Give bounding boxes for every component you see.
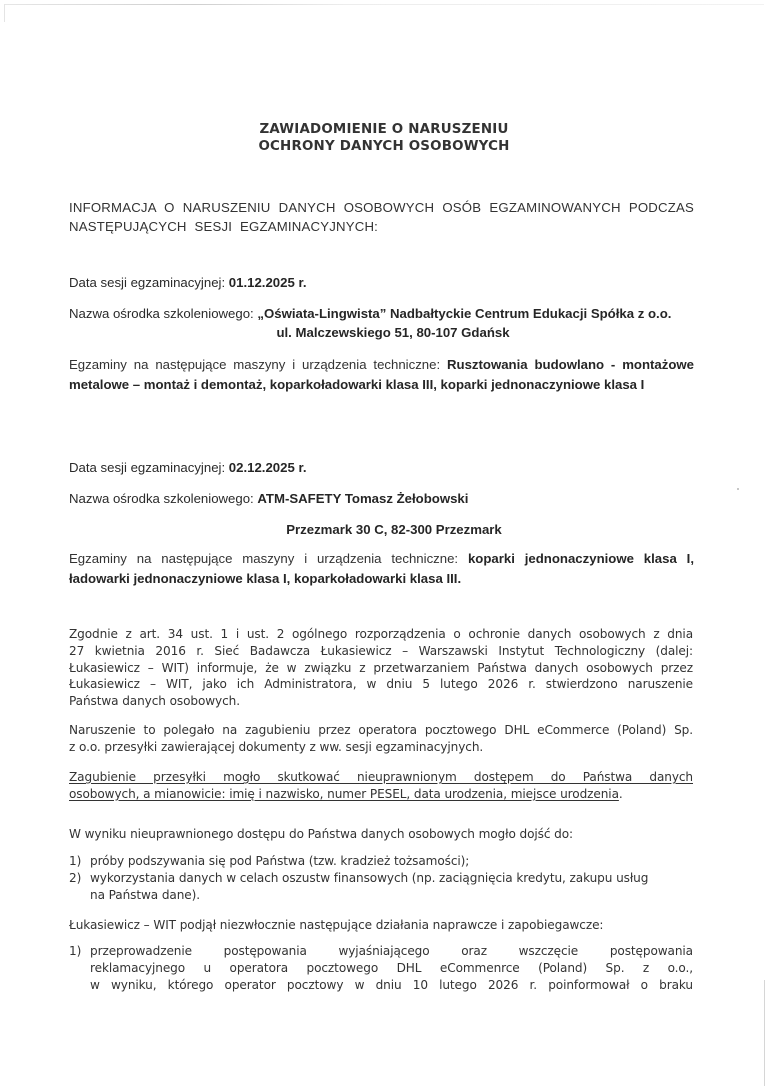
session-1-center-name: „Oświata-Lingwista” Nadbałtyckie Centrum… — [257, 306, 671, 321]
session-2-date: Data sesji egzaminacyjnej: 02.12.2025 r. — [69, 459, 307, 477]
session-1-date-value: 01.12.2025 r. — [229, 275, 307, 290]
session-2-center-label: Nazwa ośrodka szkoleniowego: — [69, 491, 257, 506]
affected-data-line-2: osobowych, a mianowicie: imię i nazwisko… — [69, 787, 619, 801]
session-2-center-name: ATM-SAFETY Tomasz Żełobowski — [257, 491, 468, 506]
scan-edge-top — [4, 4, 764, 5]
scan-edge-left — [4, 4, 5, 22]
session-2-exams-label: Egzaminy na następujące maszyny i urządz… — [69, 551, 468, 566]
consequence-item-1-text: próby podszywania się pod Państwa (tzw. … — [90, 853, 693, 870]
session-1-exams-label: Egzaminy na następujące maszyny i urządz… — [69, 357, 447, 372]
session-1-exams: Egzaminy na następujące maszyny i urządz… — [69, 355, 694, 395]
session-2-exams-line-2: ładowarki jednonaczyniowe klasa I, kopar… — [69, 569, 694, 589]
consequence-item-1: 1) próby podszywania się pod Państwa (tz… — [69, 853, 693, 870]
document-title: ZAWIADOMIENIE O NARUSZENIU OCHRONY DANYC… — [0, 121, 768, 155]
breach-line-1: Naruszenie to polegało na zagubieniu prz… — [69, 722, 693, 739]
session-2-center: Nazwa ośrodka szkoleniowego: ATM-SAFETY … — [69, 490, 468, 508]
title-line-2: OCHRONY DANYCH OSOBOWYCH — [0, 138, 768, 155]
consequence-item-2-line-1: wykorzystania danych w celach oszustw fi… — [90, 870, 693, 887]
affected-data-line-1: Zagubienie przesyłki mogło skutkować nie… — [69, 769, 693, 786]
breach-line-2: z o.o. przesyłki zawierającej dokumenty … — [69, 739, 693, 756]
legal-line-2: 27 kwietnia 2016 r. Sieć Badawcza Łukasi… — [69, 643, 693, 660]
legal-line-4: Łukasiewicz – WIT, jako ich Administrato… — [69, 676, 693, 693]
scan-speck — [737, 488, 739, 490]
action-item-1-number: 1) — [69, 943, 81, 960]
session-1-center-address: ul. Malczewskiego 51, 80-107 Gdańsk — [0, 324, 768, 342]
action-item-1-line-3: w wyniku, którego operator pocztowy w dn… — [90, 977, 693, 994]
intro-line-1: INFORMACJA O NARUSZENIU DANYCH OSOBOWYCH… — [69, 198, 694, 217]
session-2-exams-line-1: koparki jednonaczyniowe klasa I, — [468, 551, 694, 566]
action-item-1: 1) przeprowadzenie postępowania wyjaśnia… — [69, 943, 693, 993]
title-line-1: ZAWIADOMIENIE O NARUSZENIU — [0, 121, 768, 138]
session-1-exams-line-1: Rusztowania budowlano - montażowe — [447, 357, 694, 372]
consequence-item-2-line-2: na Państwa dane). — [90, 887, 693, 904]
affected-data-paragraph: Zagubienie przesyłki mogło skutkować nie… — [69, 769, 693, 803]
session-1-date-label: Data sesji egzaminacyjnej: — [69, 275, 229, 290]
intro-line-2: NASTĘPUJĄCYCH SESJI EGZAMINACYJNYCH: — [69, 219, 378, 234]
session-1-date: Data sesji egzaminacyjnej: 01.12.2025 r. — [69, 274, 307, 292]
session-2-date-label: Data sesji egzaminacyjnej: — [69, 460, 229, 475]
action-item-1-line-2: reklamacyjnego u operatora pocztowego DH… — [90, 960, 693, 977]
scan-edge-right — [764, 980, 765, 1086]
actions-intro: Łukasiewicz – WIT podjął niezwłocznie na… — [69, 917, 693, 934]
consequences-intro: W wyniku nieuprawnionego dostępu do Pańs… — [69, 826, 693, 843]
session-1-center: Nazwa ośrodka szkoleniowego: „Oświata-Li… — [69, 305, 671, 323]
session-1-exams-line-2: metalowe – montaż i demontaż, koparkoład… — [69, 375, 694, 395]
session-2-exams: Egzaminy na następujące maszyny i urządz… — [69, 549, 694, 589]
legal-line-5: Państwa danych osobowych. — [69, 693, 693, 710]
consequence-item-1-number: 1) — [69, 853, 81, 870]
breach-description-paragraph: Naruszenie to polegało na zagubieniu prz… — [69, 722, 693, 756]
intro-heading: INFORMACJA O NARUSZENIU DANYCH OSOBOWYCH… — [69, 198, 694, 236]
affected-data-period: . — [619, 787, 623, 801]
consequence-item-2-number: 2) — [69, 870, 81, 887]
consequences-list: 1) próby podszywania się pod Państwa (tz… — [69, 853, 693, 903]
session-2-center-address: Przezmark 30 C, 82-300 Przezmark — [0, 521, 768, 539]
legal-line-1: Zgodnie z art. 34 ust. 1 i ust. 2 ogólne… — [69, 626, 693, 643]
session-2-date-value: 02.12.2025 r. — [229, 460, 307, 475]
session-1-center-label: Nazwa ośrodka szkoleniowego: — [69, 306, 257, 321]
legal-basis-paragraph: Zgodnie z art. 34 ust. 1 i ust. 2 ogólne… — [69, 626, 693, 710]
consequence-item-2: 2) wykorzystania danych w celach oszustw… — [69, 870, 693, 904]
action-item-1-line-1: przeprowadzenie postępowania wyjaśniając… — [90, 943, 693, 960]
legal-line-3: Łukasiewicz – WIT) informuje, że w związ… — [69, 660, 693, 677]
actions-list: 1) przeprowadzenie postępowania wyjaśnia… — [69, 943, 693, 993]
